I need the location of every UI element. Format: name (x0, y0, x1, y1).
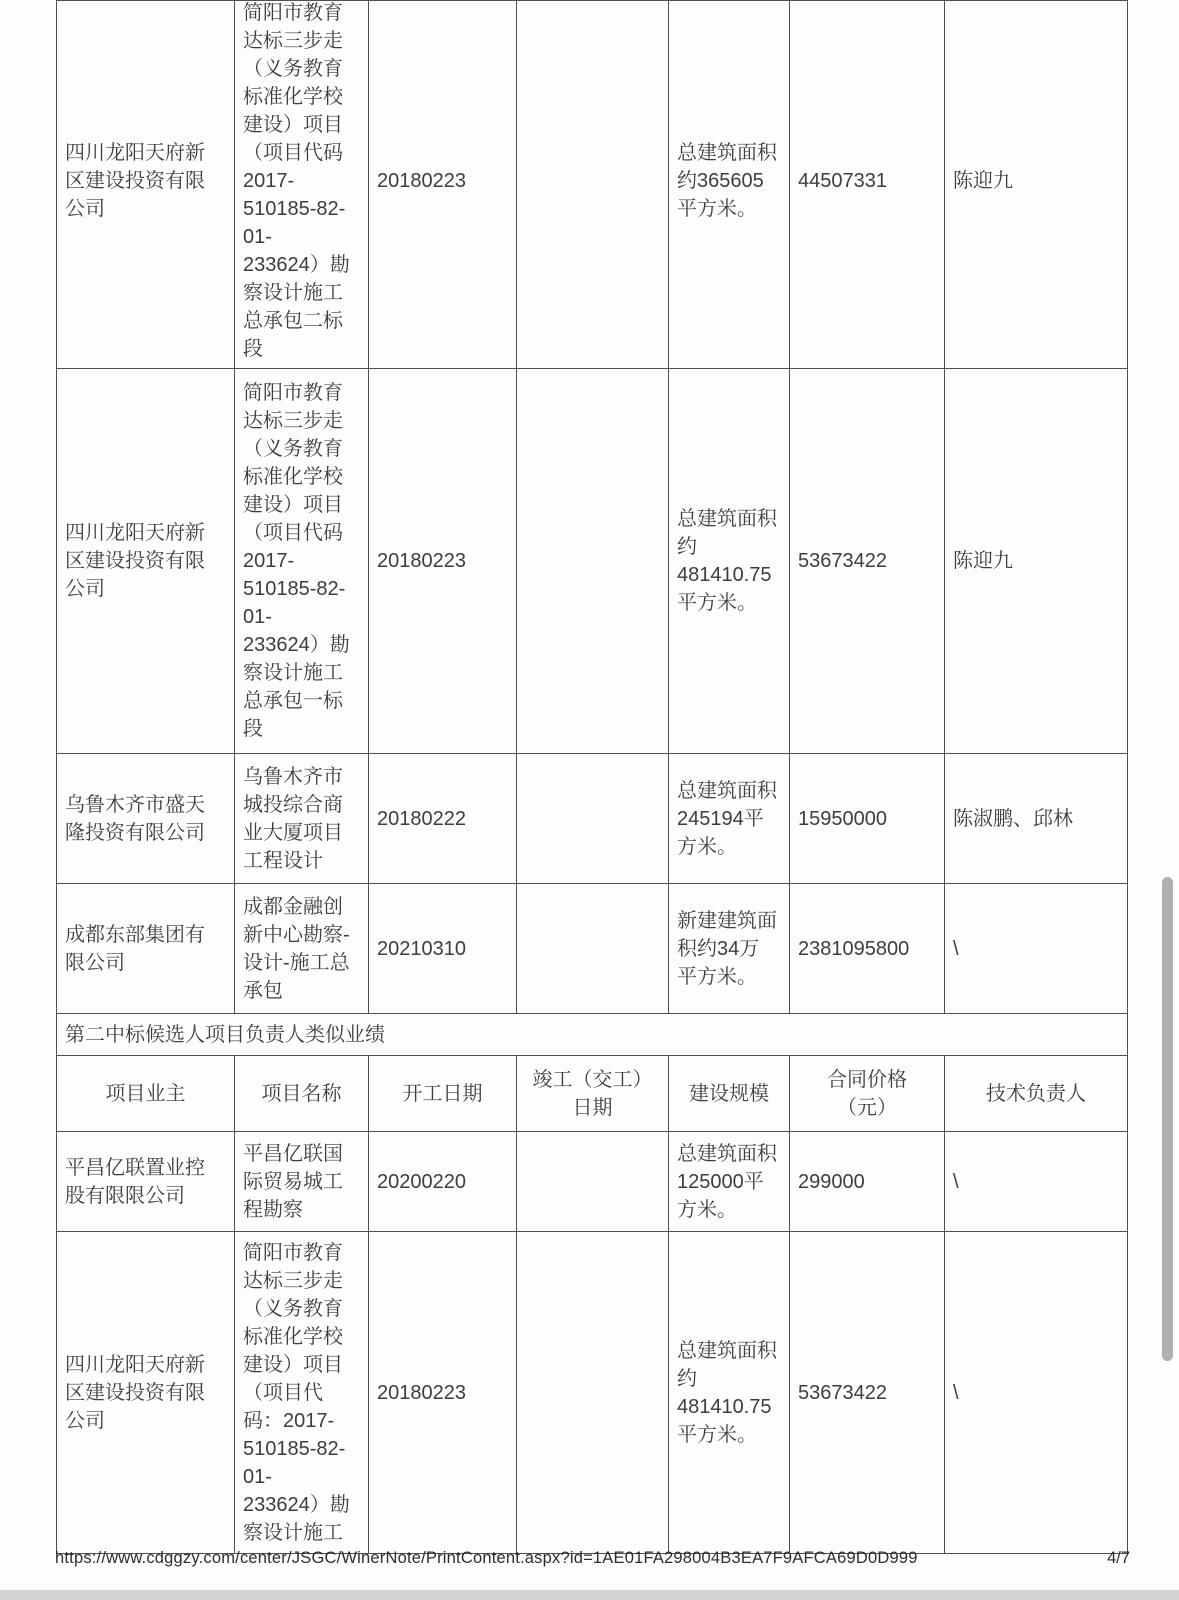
cell-owner: 平昌亿联置业控 股有限限公司 (57, 1132, 235, 1232)
cell-price: 44507331 (790, 1, 945, 369)
cell-owner: 四川龙阳天府新 区建设投资有限 公司 (57, 369, 235, 754)
print-preview-page: 四川龙阳天府新 区建设投资有限 公司 简阳市教育 达标三步走 （义务教育 标准化… (0, 0, 1179, 1600)
cell-tech-lead: \ (945, 1232, 1128, 1554)
page-number: 4/7 (1107, 1548, 1130, 1568)
cell-scale: 总建筑面积 125000平 方米。 (669, 1132, 790, 1232)
cell-start-date: 20180223 (369, 369, 517, 754)
bottom-bar (0, 1590, 1179, 1600)
cell-tech-lead: \ (945, 884, 1128, 1014)
cell-project-name: 简阳市教育 达标三步走 （义务教育 标准化学校 建设）项目 （项目代码 2017… (235, 1, 369, 369)
cell-scale: 新建建筑面 积约34万 平方米。 (669, 884, 790, 1014)
cell-start-date: 20180223 (369, 1232, 517, 1554)
section-header: 第二中标候选人项目负责人类似业绩 (57, 1014, 1128, 1056)
cell-tech-lead: 陈淑鹏、邱林 (945, 754, 1128, 884)
cell-finish-date (517, 884, 669, 1014)
cell-scale: 总建筑面积 约365605 平方米。 (669, 1, 790, 369)
cell-tech-lead: \ (945, 1132, 1128, 1232)
cell-project-name: 成都金融创 新中心勘察- 设计-施工总 承包 (235, 884, 369, 1014)
cell-finish-date (517, 1132, 669, 1232)
cell-project-name: 简阳市教育 达标三步走 （义务教育 标准化学校 建设）项目 （项目代码 2017… (235, 369, 369, 754)
scrollbar-thumb[interactable] (1162, 877, 1173, 1361)
col-header-finish-date: 竣工（交工） 日期 (517, 1056, 669, 1132)
table-row: 四川龙阳天府新 区建设投资有限 公司 简阳市教育 达标三步走 （义务教育 标准化… (57, 1232, 1128, 1554)
col-header-start-date: 开工日期 (369, 1056, 517, 1132)
cell-start-date: 20210310 (369, 884, 517, 1014)
cell-price: 299000 (790, 1132, 945, 1232)
cell-project-name: 简阳市教育 达标三步走 （义务教育 标准化学校 建设）项目 （项目代 码：201… (235, 1232, 369, 1554)
column-header-row: 项目业主 项目名称 开工日期 竣工（交工） 日期 建设规模 合同价格 （元） 技… (57, 1056, 1128, 1132)
col-header-project-name: 项目名称 (235, 1056, 369, 1132)
table-row: 成都东部集团有 限公司 成都金融创 新中心勘察- 设计-施工总 承包 20210… (57, 884, 1128, 1014)
cell-owner: 四川龙阳天府新 区建设投资有限 公司 (57, 1232, 235, 1554)
cell-start-date: 20180222 (369, 754, 517, 884)
cell-tech-lead: 陈迎九 (945, 369, 1128, 754)
cell-start-date: 20200220 (369, 1132, 517, 1232)
table-row: 四川龙阳天府新 区建设投资有限 公司 简阳市教育 达标三步走 （义务教育 标准化… (57, 1, 1128, 369)
cell-finish-date (517, 1, 669, 369)
cell-finish-date (517, 1232, 669, 1554)
cell-price: 53673422 (790, 1232, 945, 1554)
cell-owner: 四川龙阳天府新 区建设投资有限 公司 (57, 1, 235, 369)
cell-project-name: 乌鲁木齐市 城投综合商 业大厦项目 工程设计 (235, 754, 369, 884)
cell-scale: 总建筑面积 约 481410.75 平方米。 (669, 369, 790, 754)
cell-scale: 总建筑面积 245194平 方米。 (669, 754, 790, 884)
cell-scale: 总建筑面积 约 481410.75 平方米。 (669, 1232, 790, 1554)
cell-owner: 成都东部集团有 限公司 (57, 884, 235, 1014)
cell-price: 53673422 (790, 369, 945, 754)
cell-owner: 乌鲁木齐市盛天 隆投资有限公司 (57, 754, 235, 884)
section-header-row: 第二中标候选人项目负责人类似业绩 (57, 1014, 1128, 1056)
cell-price: 2381095800 (790, 884, 945, 1014)
table-row: 四川龙阳天府新 区建设投资有限 公司 简阳市教育 达标三步走 （义务教育 标准化… (57, 369, 1128, 754)
col-header-tech-lead: 技术负责人 (945, 1056, 1128, 1132)
cell-finish-date (517, 369, 669, 754)
bid-results-table: 四川龙阳天府新 区建设投资有限 公司 简阳市教育 达标三步走 （义务教育 标准化… (56, 0, 1128, 1554)
table-row: 乌鲁木齐市盛天 隆投资有限公司 乌鲁木齐市 城投综合商 业大厦项目 工程设计 2… (57, 754, 1128, 884)
col-header-owner: 项目业主 (57, 1056, 235, 1132)
table-row: 平昌亿联置业控 股有限限公司 平昌亿联国 际贸易城工 程勘察 20200220 … (57, 1132, 1128, 1232)
cell-tech-lead: 陈迎九 (945, 1, 1128, 369)
print-footer-url: https://www.cdggzy.com/center/JSGC/Winer… (55, 1548, 918, 1568)
cell-start-date: 20180223 (369, 1, 517, 369)
col-header-price: 合同价格 （元） (790, 1056, 945, 1132)
cell-finish-date (517, 754, 669, 884)
col-header-scale: 建设规模 (669, 1056, 790, 1132)
cell-price: 15950000 (790, 754, 945, 884)
cell-project-name: 平昌亿联国 际贸易城工 程勘察 (235, 1132, 369, 1232)
